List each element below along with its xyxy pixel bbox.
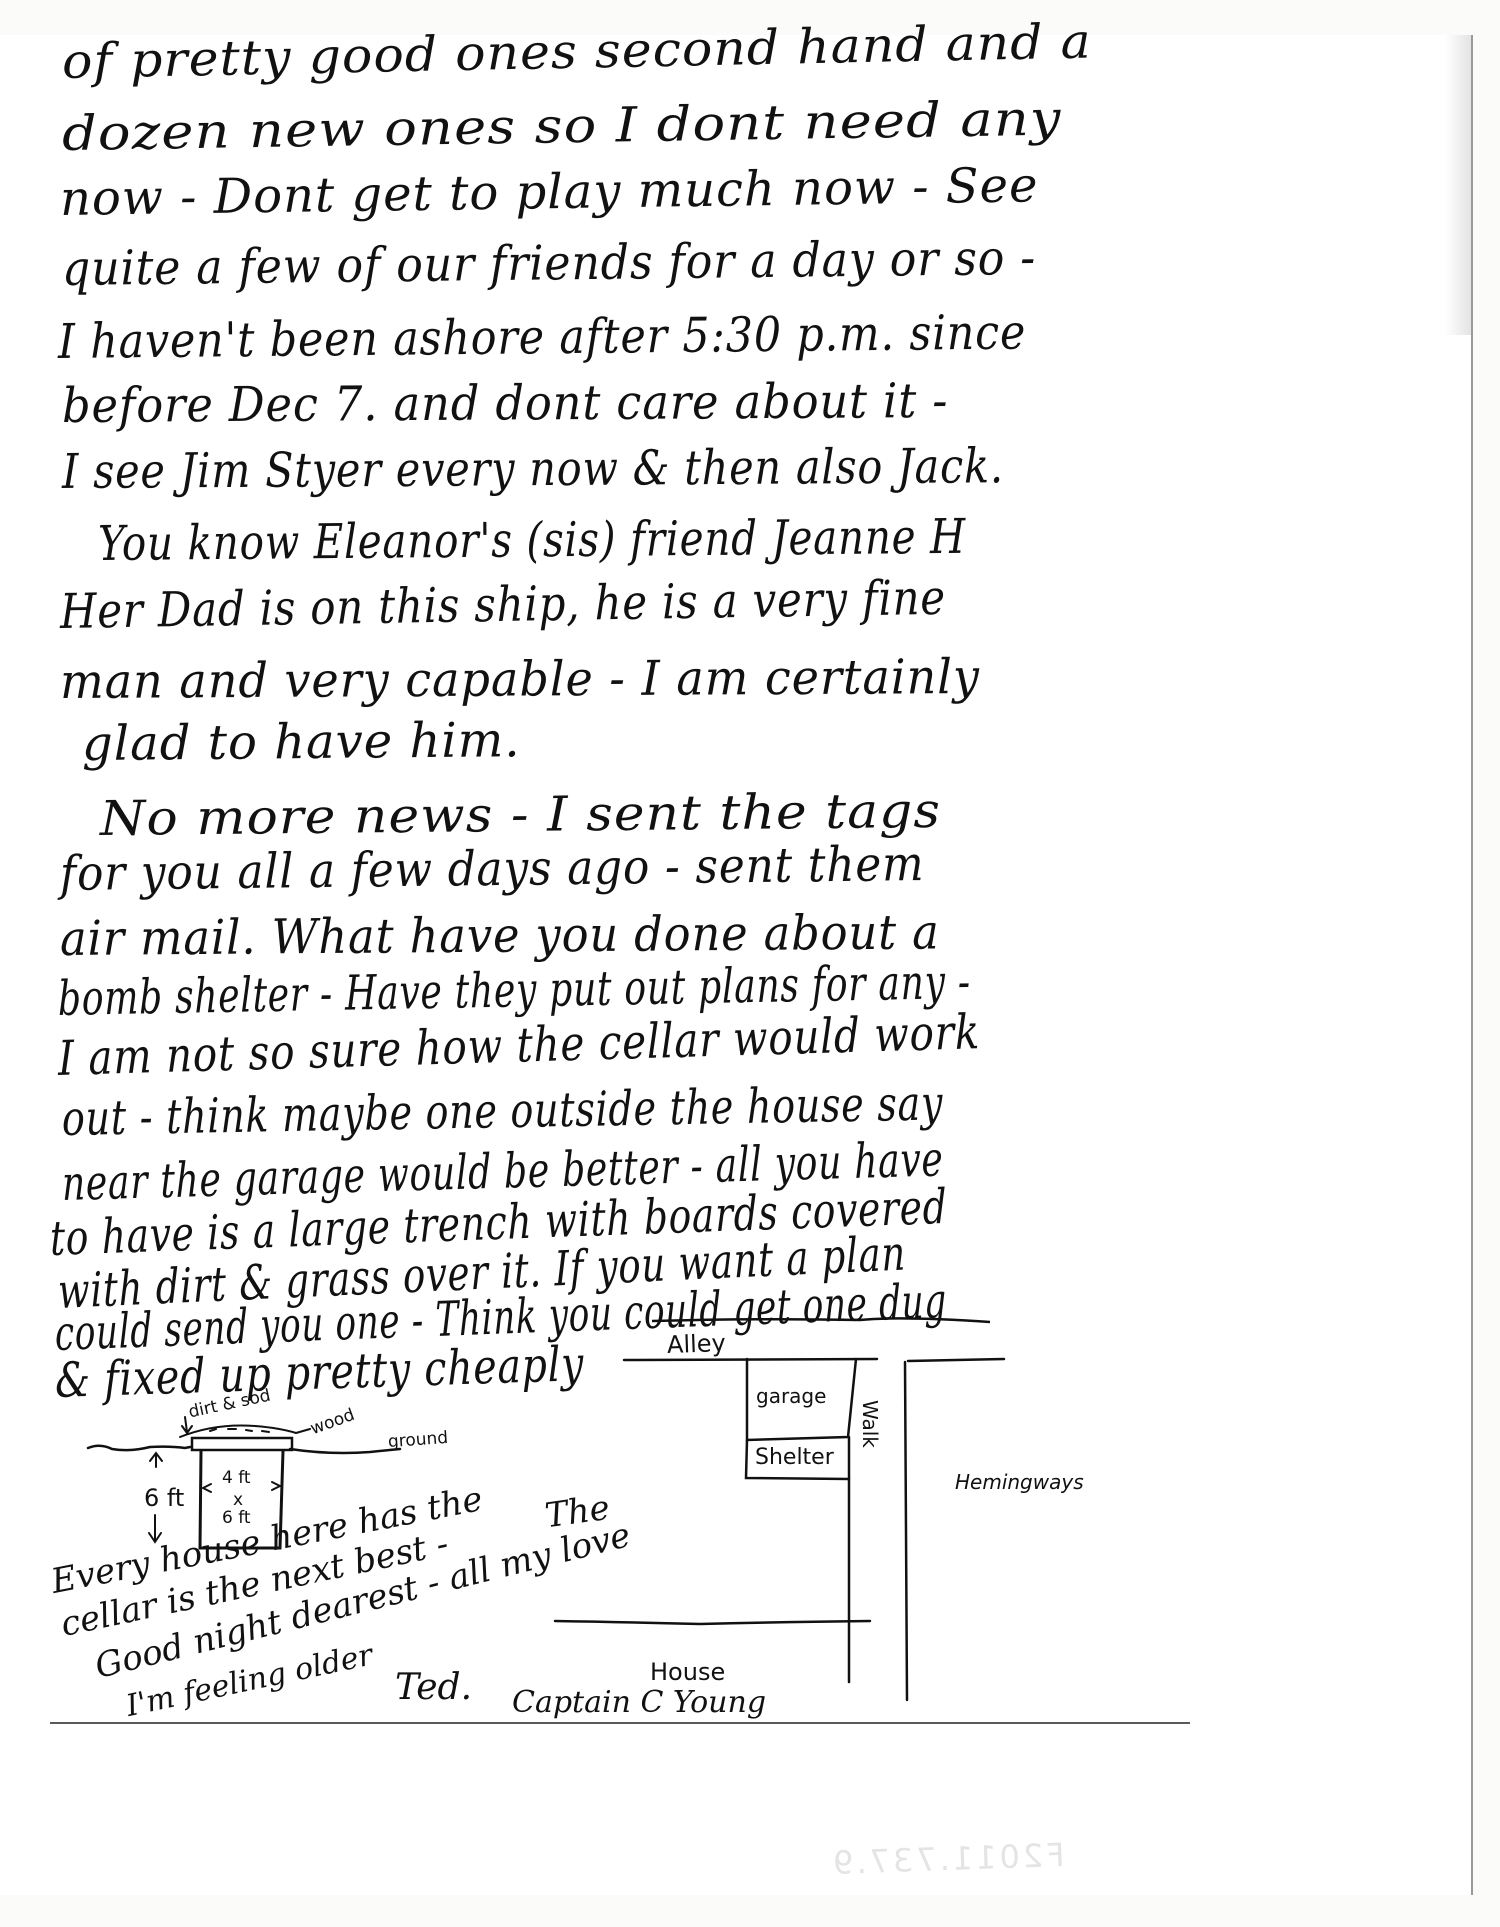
letter-line: Her Dad is on this ship, he is a very fi… <box>60 574 947 636</box>
label-by: x <box>233 1492 243 1509</box>
closing-name: Ted. <box>395 1670 472 1706</box>
label-hemingways: Hemingways <box>955 1472 1084 1492</box>
label-shelter: Shelter <box>755 1447 834 1469</box>
label-ground: ground <box>387 1430 448 1451</box>
label-garage: garage <box>756 1386 826 1406</box>
label-width: 4 ft <box>222 1470 251 1487</box>
signature: Captain C Young <box>512 1688 766 1718</box>
letter-line: You know Eleanor's (sis) friend Jeanne H <box>98 513 966 568</box>
letter-line: now - Dont get to play much now - See <box>60 161 1039 223</box>
letter-line: quite a few of our friends for a day or … <box>62 234 1037 293</box>
letter-line: man and very capable - I am certainly <box>60 653 980 706</box>
letter-line: dozen new ones so I dont need any <box>62 95 1063 158</box>
letter-line: out - think maybe one outside the house … <box>62 1079 944 1143</box>
footer-rule <box>50 1722 1190 1724</box>
letter-line: before Dec 7. and dont care about it - <box>62 377 949 430</box>
letter-line: air mail. What have you done about a <box>60 908 940 963</box>
letter-line: for you all a few days ago - sent them <box>60 840 925 898</box>
label-walk: Walk <box>860 1400 880 1448</box>
label-house: House <box>650 1660 725 1684</box>
page-edge-shadow <box>1445 35 1471 335</box>
letter-line: I haven't been ashore after 5:30 p.m. si… <box>58 309 1027 366</box>
letter-line: No more news - I sent the tags <box>100 787 942 843</box>
letter-line: I see Jim Styer every now & then also Ja… <box>62 442 1004 496</box>
label-depth: 6 ft <box>144 1486 184 1510</box>
letter-line: glad to have him. <box>82 716 521 768</box>
label-alley: Alley <box>667 1331 727 1357</box>
